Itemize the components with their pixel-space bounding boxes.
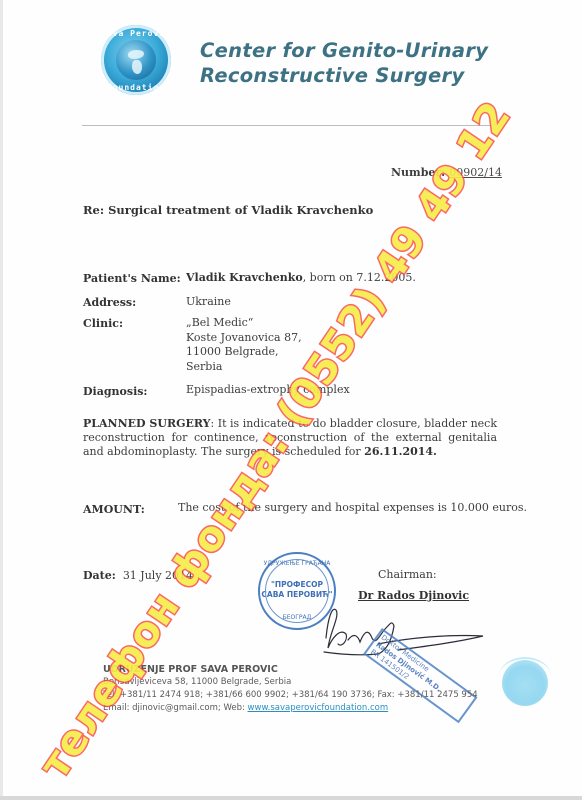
clinic-line: Koste Jovanovica 87, (186, 331, 302, 346)
title-line-1: Center for Genito-Urinary (200, 38, 488, 63)
address-value: Ukraine (186, 295, 231, 310)
logo-ring-top-text: Sava Perovic (101, 29, 171, 38)
scan-edge (0, 0, 3, 800)
patient-name-label: Patient's Name: (83, 272, 181, 285)
patient-name: Vladik Kravchenko (186, 271, 303, 284)
planned-surgery-label: PLANNED SURGERY (83, 417, 211, 430)
header-divider (82, 125, 492, 126)
date-label: Date: (83, 569, 116, 582)
stamp-middle-line: "ПРОФЕСОР (260, 580, 334, 590)
subject-line: Re: Surgical treatment of Vladik Kravche… (83, 203, 373, 217)
footer-contact: Email: djinovic@gmail.com; Web: www.sava… (103, 703, 388, 713)
footer-logo-icon (502, 660, 548, 706)
foundation-logo-icon: Sava Perovic Foundation (101, 25, 171, 95)
letterhead-title: Center for Genito-Urinary Reconstructive… (200, 38, 488, 88)
website-link[interactable]: www.savaperovicfoundation.com (248, 703, 389, 713)
clinic-value: „Bel Medic“ Koste Jovanovica 87, 11000 B… (186, 316, 302, 374)
clinic-line: Serbia (186, 360, 302, 375)
clinic-line: „Bel Medic“ (186, 316, 302, 331)
footer-phones: Tel: +381/11 2474 918; +381/66 600 9902;… (103, 690, 478, 700)
address-label: Address: (83, 296, 136, 309)
title-line-2: Reconstructive Surgery (200, 63, 488, 88)
clinic-line: 11000 Belgrade, (186, 345, 302, 360)
amount-label: AMOUNT: (83, 503, 145, 516)
chairman-label: Chairman: (378, 568, 437, 581)
scan-edge-bottom (0, 796, 582, 800)
clinic-label: Clinic: (83, 317, 123, 330)
surgery-date: 26.11.2014. (364, 445, 437, 458)
document-page: Sava Perovic Foundation Center for Genit… (0, 0, 582, 800)
globe-icon (116, 40, 156, 80)
diagnosis-label: Diagnosis: (83, 385, 148, 398)
logo-ring-bottom-text: Foundation (101, 83, 171, 92)
stamp-middle-text: "ПРОФЕСОР САВА ПЕРОВИЋ" (260, 580, 334, 600)
stamp-top-text: УДРУЖЕЊЕ ГРАЂАНА (260, 560, 334, 567)
